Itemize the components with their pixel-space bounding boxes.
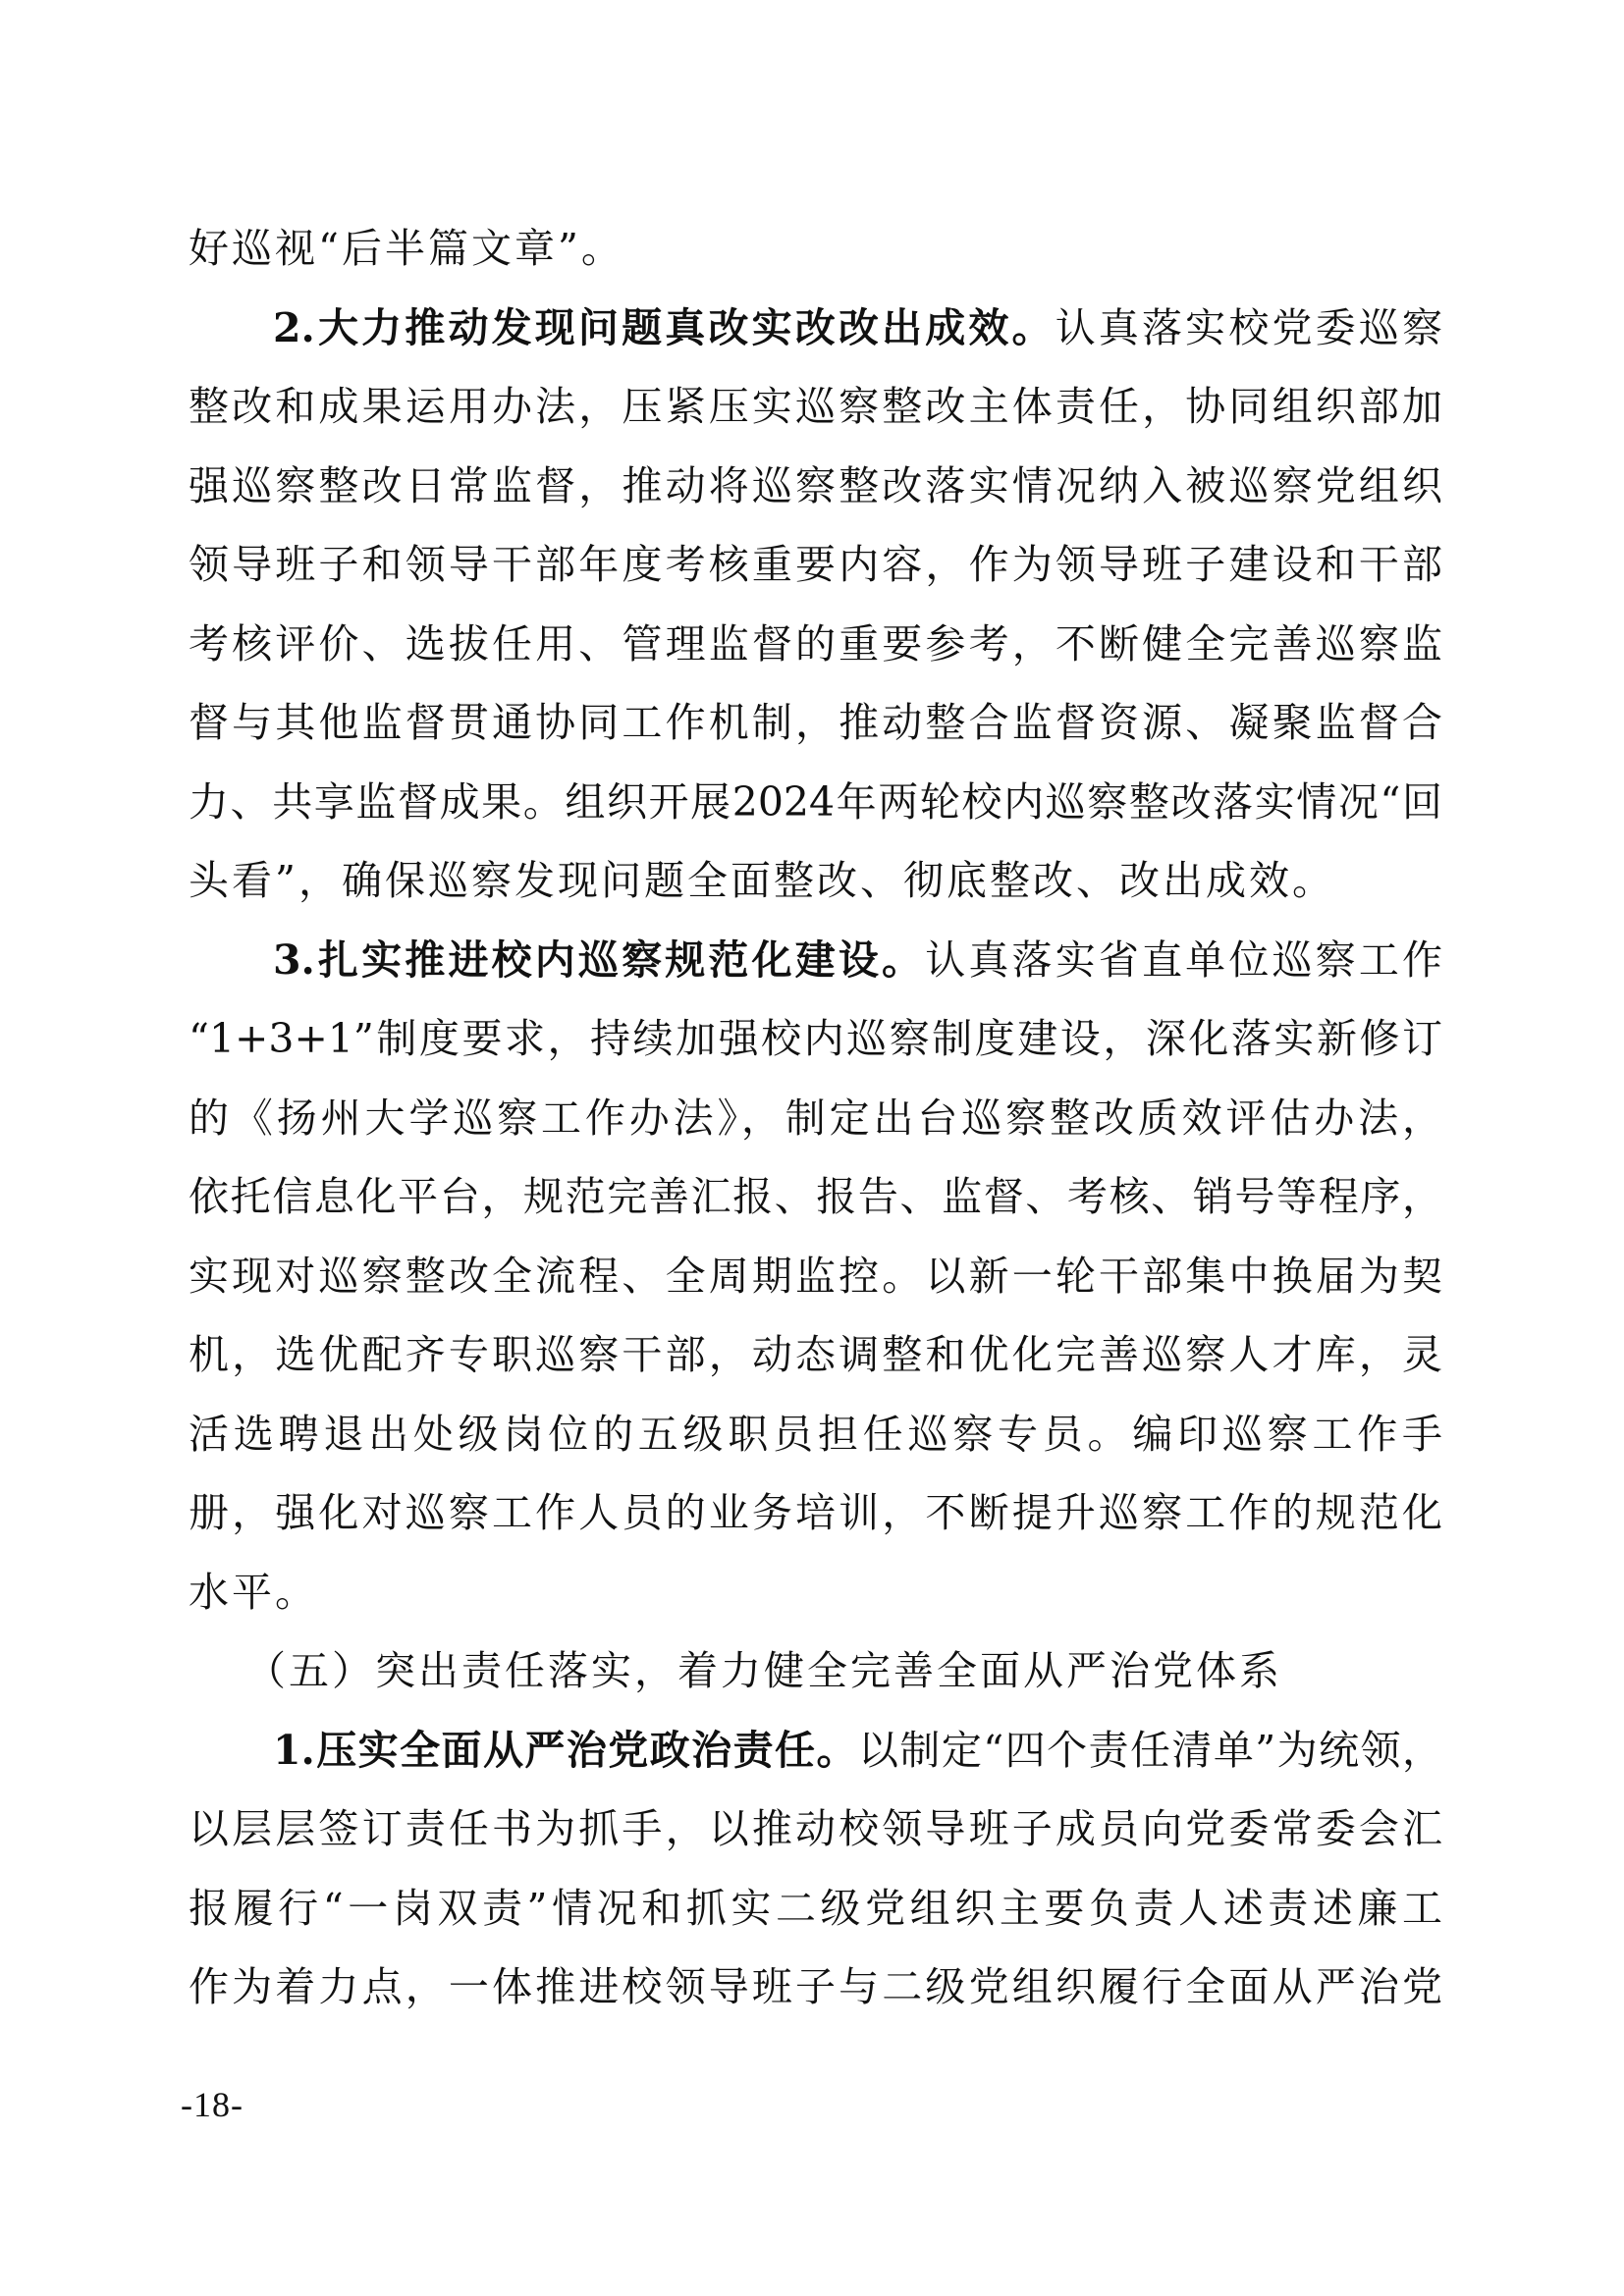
- text-line: 考核评价、选拔任用、管理监督的重要参考，不断健全完善巡察监: [189, 605, 1442, 684]
- numbered-heading-line: 2.大力推动发现问题真改实改改出成效。认真落实校党委巡察: [189, 289, 1442, 368]
- text-line: 以层层签订责任书为抓手，以推动校领导班子成员向党委常委会汇: [189, 1789, 1442, 1869]
- item-text: 以制定“四个责任清单”为统领，: [858, 1727, 1442, 1774]
- numbered-heading-line: 1.压实全面从严治党政治责任。以制定“四个责任清单”为统领，: [189, 1711, 1442, 1790]
- text-line: 的《扬州大学巡察工作办法》，制定出台巡察整改质效评估办法，: [189, 1079, 1442, 1158]
- item-heading: 1.压实全面从严治党政治责任。: [273, 1727, 858, 1774]
- text-line: 实现对巡察整改全流程、全周期监控。以新一轮干部集中换届为契: [189, 1237, 1442, 1316]
- text-line: 册，强化对巡察工作人员的业务培训，不断提升巡察工作的规范化: [189, 1473, 1442, 1553]
- item-heading: 3.扎实推进校内巡察规范化建设。: [273, 936, 925, 984]
- text-line: 领导班子和领导干部年度考核重要内容，作为领导班子建设和干部: [189, 525, 1442, 605]
- text-line: 督与其他监督贯通协同工作机制，推动整合监督资源、凝聚监督合: [189, 683, 1442, 763]
- text-line: 强巡察整改日常监督，推动将巡察整改落实情况纳入被巡察党组织: [189, 447, 1442, 526]
- item-heading: 2.大力推动发现问题真改实改改出成效。: [273, 304, 1056, 351]
- text-line: 力、共享监督成果。组织开展2024年两轮校内巡察整改落实情况“回: [189, 763, 1442, 842]
- text-line: “1+3+1”制度要求，持续加强校内巡察制度建设，深化落实新修订: [189, 999, 1442, 1079]
- section-heading: （五）突出责任落实，着力健全完善全面从严治党体系: [189, 1631, 1442, 1711]
- text-line: 头看”，确保巡察发现问题全面整改、彻底整改、改出成效。: [189, 841, 1442, 921]
- text-line: 作为着力点，一体推进校领导班子与二级党组织履行全面从严治党: [189, 1948, 1442, 2027]
- text-line: 好巡视“后半篇文章”。: [189, 209, 1442, 289]
- text-line: 机，选优配齐专职巡察干部，动态调整和优化完善巡察人才库，灵: [189, 1315, 1442, 1395]
- item-text: 认真落实校党委巡察: [1056, 304, 1442, 351]
- text-line: 整改和成果运用办法，压紧压实巡察整改主体责任，协同组织部加: [189, 367, 1442, 447]
- page-number: -18-: [181, 2083, 244, 2126]
- text-line: 依托信息化平台，规范完善汇报、报告、监督、考核、销号等程序，: [189, 1157, 1442, 1237]
- text-line: 活选聘退出处级岗位的五级职员担任巡察专员。编印巡察工作手: [189, 1395, 1442, 1474]
- item-text: 认真落实省直单位巡察工作: [925, 936, 1442, 984]
- text-line: 报履行“一岗双责”情况和抓实二级党组织主要负责人述责述廉工: [189, 1869, 1442, 1949]
- numbered-heading-line: 3.扎实推进校内巡察规范化建设。认真落实省直单位巡察工作: [189, 921, 1442, 1000]
- document-page: 好巡视“后半篇文章”。 2.大力推动发现问题真改实改改出成效。认真落实校党委巡察…: [189, 209, 1442, 2027]
- text-line: 水平。: [189, 1553, 1442, 1632]
